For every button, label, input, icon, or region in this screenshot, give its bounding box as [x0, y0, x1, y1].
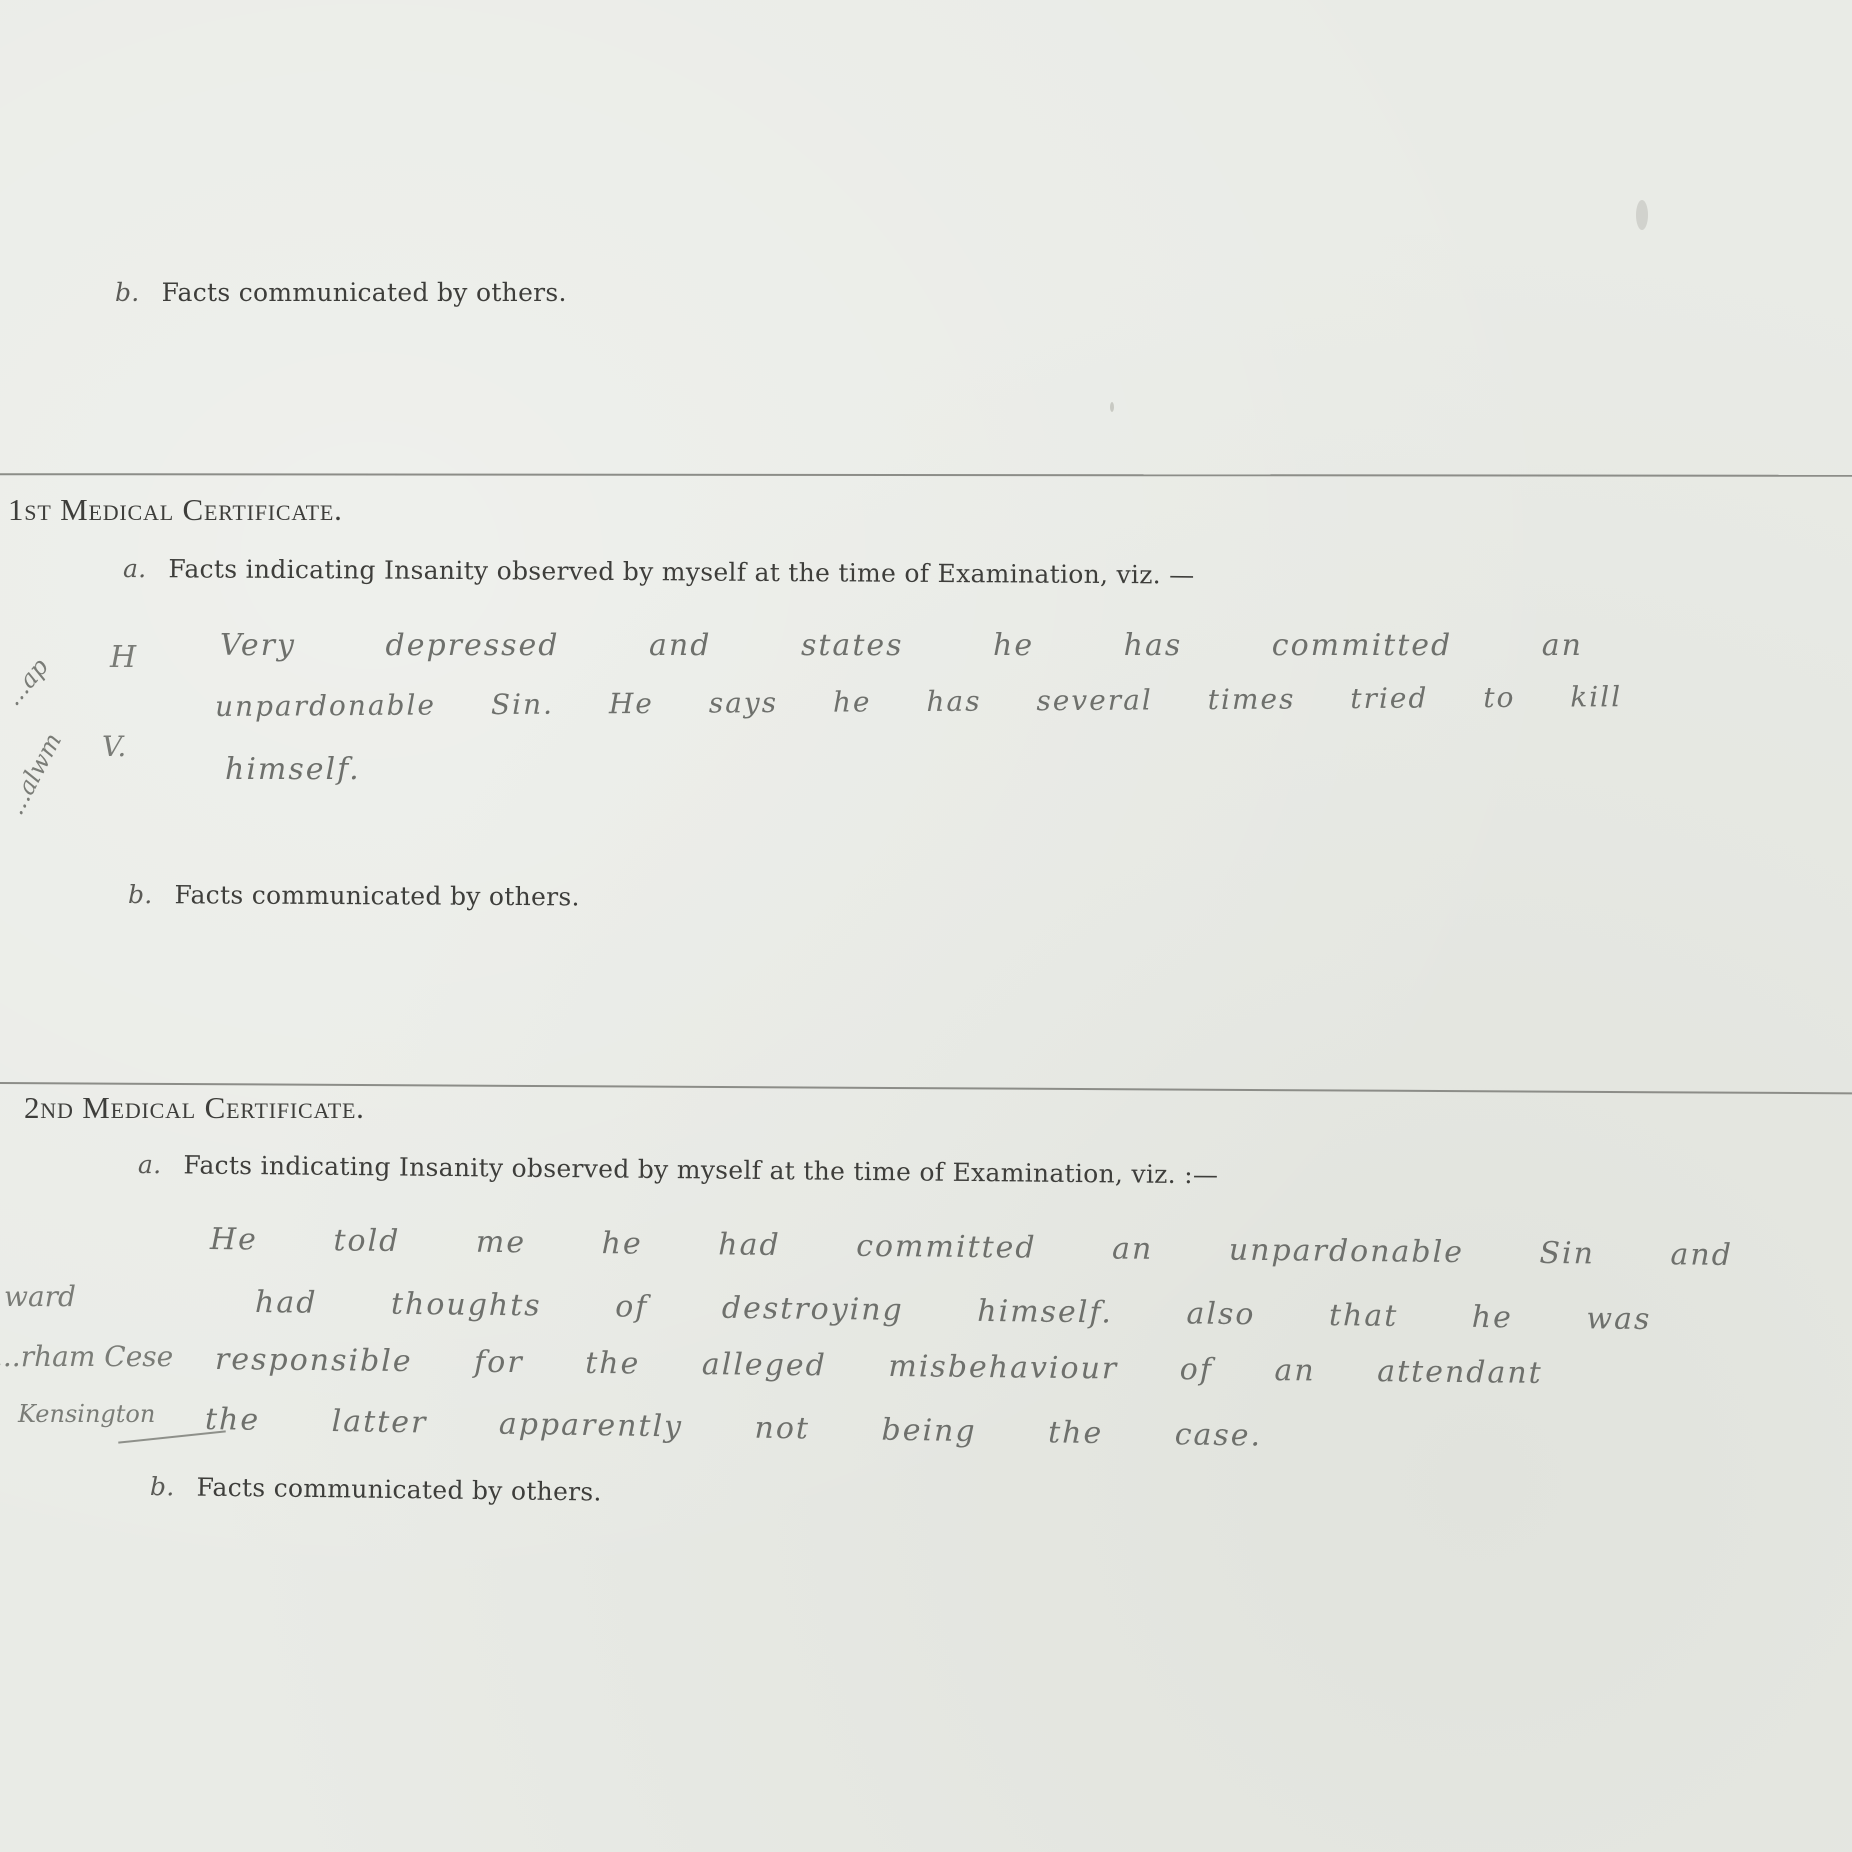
second-certificate-heading: 2nd Medical Certificate. [24, 1090, 365, 1126]
first-certificate-handwritten-line-1: Very depressed and states he has committ… [220, 628, 1583, 663]
first-certificate-margin-note-2: ...alwm [1, 729, 67, 820]
second-certificate-margin-note-2: ...rham Cese [0, 1340, 173, 1373]
first-certificate-heading: 1st Medical Certificate. [8, 492, 343, 528]
first-certificate-handwritten-line-2: unpardonable Sin. He says he has several… [215, 680, 1622, 723]
item-text: Facts communicated by others. [196, 1473, 602, 1507]
paper-blemish [1636, 200, 1648, 230]
second-certificate-facts-observed-label: a.Facts indicating Insanity observed by … [138, 1150, 1218, 1189]
second-certificate-handwritten-line-4: the latter apparently not being the case… [205, 1402, 1263, 1454]
second-certificate-handwritten-line-3: responsible for the alleged misbehaviour… [215, 1342, 1543, 1391]
second-certificate-margin-note-1: ward [4, 1280, 76, 1313]
item-text: Facts indicating Insanity observed by my… [168, 554, 1194, 589]
item-letter-a: a. [123, 554, 147, 583]
previous-facts-communicated-label: b.Facts communicated by others. [115, 278, 567, 307]
first-certificate-handwritten-line-3: himself. [225, 752, 361, 787]
second-certificate-handwritten-line-1: He told me he had committed an unpardona… [210, 1222, 1733, 1273]
first-certificate-margin-note-4: V. [102, 730, 126, 763]
item-text: Facts communicated by others. [174, 880, 579, 911]
item-letter-b: b. [150, 1472, 175, 1501]
second-certificate-handwritten-line-2: had thoughts of destroying himself. also… [255, 1285, 1652, 1337]
second-certificate-facts-communicated-label: b.Facts communicated by others. [150, 1472, 602, 1507]
item-letter-b: b. [128, 880, 153, 909]
item-text: Facts indicating Insanity observed by my… [183, 1150, 1218, 1189]
item-text: Facts communicated by others. [162, 278, 567, 307]
second-certificate-margin-note-3: Kensington [18, 1400, 155, 1428]
paper-blemish [1110, 402, 1114, 412]
first-certificate-facts-observed-label: a.Facts indicating Insanity observed by … [123, 554, 1195, 590]
first-certificate-margin-note-1: ...ap [0, 653, 54, 711]
first-certificate-margin-note-3: H [110, 640, 136, 675]
item-letter-b: b. [115, 278, 140, 307]
first-certificate-facts-communicated-label: b.Facts communicated by others. [128, 880, 580, 911]
item-letter-a: a. [138, 1150, 162, 1179]
section-divider [0, 473, 1852, 477]
